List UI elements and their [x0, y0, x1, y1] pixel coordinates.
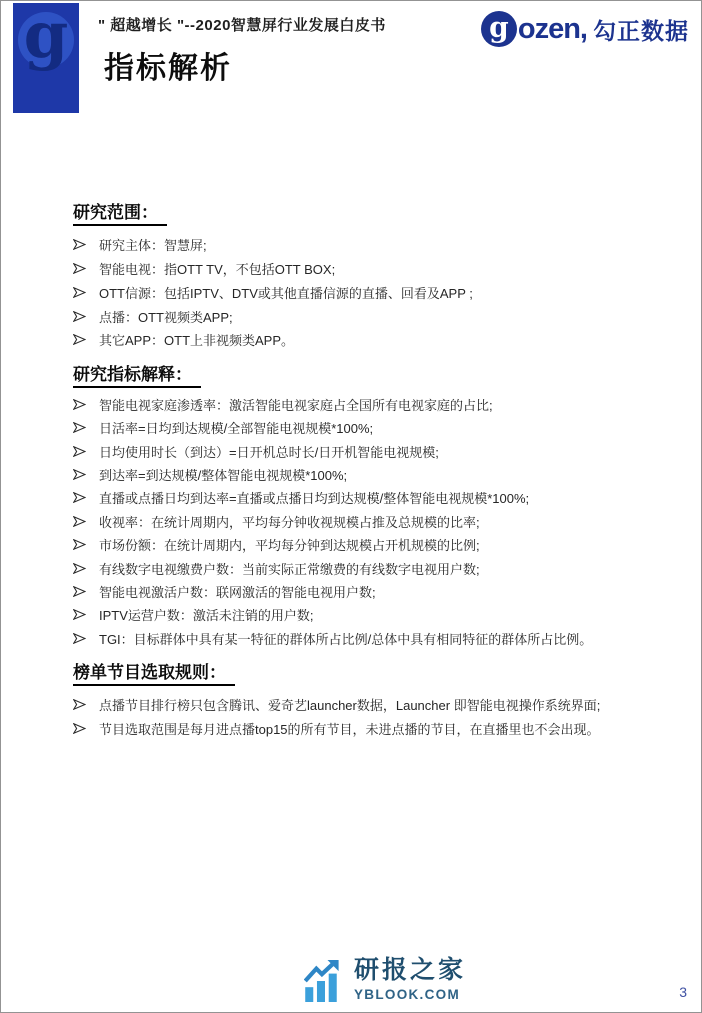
- bullet-item: 日均使用时长（到达）=日开机总时长/日开机智能电视规模;: [73, 439, 665, 462]
- bullet-item: IPTV运营户数：激活未注销的用户数;: [73, 603, 665, 626]
- arrow-bullet-icon: [73, 446, 86, 457]
- page-number: 3: [679, 984, 687, 1000]
- bullet-text: OTT信源：包括IPTV、DTV或其他直播信源的直播、回看及APP ;: [99, 283, 473, 302]
- section-heading: 研究指标解释：: [73, 364, 201, 388]
- arrow-bullet-icon: [73, 609, 86, 620]
- bullet-list: 研究主体：智慧屏;智能电视：指OTT TV，不包括OTT BOX;OTT信源：包…: [73, 233, 665, 351]
- arrow-bullet-icon: [73, 492, 86, 503]
- bullet-item: 研究主体：智慧屏;: [73, 233, 665, 257]
- bullet-text: 智能电视激活户数：联网激活的智能电视用户数;: [99, 582, 376, 601]
- arrow-bullet-icon: [73, 334, 86, 345]
- bullet-text: 日均使用时长（到达）=日开机总时长/日开机智能电视规模;: [99, 442, 439, 461]
- document-title: " 超越增长 "--2020智慧屏行业发展白皮书: [98, 14, 386, 35]
- arrow-bullet-icon: [73, 723, 86, 734]
- gozen-latin-text: ozen,: [518, 13, 587, 46]
- bullet-item: 智能电视：指OTT TV，不包括OTT BOX;: [73, 257, 665, 281]
- bullet-item: 有线数字电视缴费户数：当前实际正常缴费的有线数字电视用户数;: [73, 556, 665, 579]
- section-research-scope: 研究范围： 研究主体：智慧屏;智能电视：指OTT TV，不包括OTT BOX;O…: [73, 202, 665, 352]
- bullet-item: 智能电视激活户数：联网激活的智能电视用户数;: [73, 580, 665, 603]
- bullet-item: 智能电视家庭渗透率：激活智能电视家庭占全国所有电视家庭的占比;: [73, 393, 665, 416]
- gozen-chinese-text: 勾正数据: [593, 13, 689, 46]
- bullet-text: 直播或点播日均到达率=直播或点播日均到达规模/整体智能电视规模*100%;: [99, 488, 529, 507]
- arrow-bullet-icon: [73, 239, 86, 250]
- page-title: 指标解析: [104, 43, 232, 87]
- document-page: { "header": { "doc_title": "\" 超越增长 \"--…: [0, 0, 702, 1013]
- section-heading: 研究范围：: [73, 202, 167, 226]
- bullet-item: 收视率：在统计周期内，平均每分钟收视规模占推及总规模的比率;: [73, 510, 665, 533]
- arrow-bullet-icon: [73, 563, 86, 574]
- bullet-item: 直播或点播日均到达率=直播或点播日均到达规模/整体智能电视规模*100%;: [73, 486, 665, 509]
- arrow-bullet-icon: [73, 469, 86, 480]
- publisher-logo-disc: g: [18, 12, 74, 68]
- bullet-item: 节目选取范围是每月进点播top15的所有节目，未进点播的节目，在直播里也不会出现…: [73, 717, 665, 741]
- bullet-item: TGI：目标群体中具有某一特征的群体所占比例/总体中具有相同特征的群体所占比例。: [73, 627, 665, 650]
- bullet-text: 其它APP：OTT上非视频类APP。: [99, 330, 294, 349]
- bullet-text: 点播：OTT视频类APP;: [99, 307, 233, 326]
- bullet-text: 到达率=到达规模/整体智能电视规模*100%;: [99, 465, 347, 484]
- yblook-site-name: 研报之家: [354, 958, 466, 983]
- arrow-bullet-icon: [73, 263, 86, 274]
- publisher-logo-g-icon: g: [18, 4, 74, 68]
- arrow-bullet-icon: [73, 539, 86, 550]
- arrow-bullet-icon: [73, 287, 86, 298]
- arrow-bullet-icon: [73, 399, 86, 410]
- bullet-item: OTT信源：包括IPTV、DTV或其他直播信源的直播、回看及APP ;: [73, 280, 665, 304]
- bullet-text: 智能电视家庭渗透率：激活智能电视家庭占全国所有电视家庭的占比;: [99, 395, 493, 414]
- page-content: 研究范围： 研究主体：智慧屏;智能电视：指OTT TV，不包括OTT BOX;O…: [73, 202, 665, 752]
- arrow-bullet-icon: [73, 699, 86, 710]
- bullet-text: 点播节目排行榜只包含腾讯、爱奇艺launcher数据，Launcher 即智能电…: [99, 695, 600, 714]
- arrow-bullet-icon: [73, 311, 86, 322]
- yblook-site-url: YBLOOK.COM: [354, 987, 466, 1002]
- bullet-text: 研究主体：智慧屏;: [99, 235, 207, 254]
- arrow-bullet-icon: [73, 516, 86, 527]
- yblook-watermark: 研报之家 YBLOOK.COM: [304, 958, 466, 1007]
- bullet-text: 节目选取范围是每月进点播top15的所有节目，未进点播的节目，在直播里也不会出现…: [99, 719, 600, 738]
- bullet-item: 日活率=日均到达规模/全部智能电视规模*100%;: [73, 416, 665, 439]
- bullet-text: TGI：目标群体中具有某一特征的群体所占比例/总体中具有相同特征的群体所占比例。: [99, 629, 592, 648]
- publisher-logo: g: [13, 3, 79, 113]
- section-heading: 榜单节目选取规则：: [73, 662, 235, 686]
- bullet-text: 收视率：在统计周期内，平均每分钟收视规模占推及总规模的比率;: [99, 512, 480, 531]
- bullet-item: 到达率=到达规模/整体智能电视规模*100%;: [73, 463, 665, 486]
- bullet-list: 智能电视家庭渗透率：激活智能电视家庭占全国所有电视家庭的占比;日活率=日均到达规…: [73, 393, 665, 650]
- bullet-text: 市场份额：在统计周期内，平均每分钟到达规模占开机规模的比例;: [99, 535, 480, 554]
- bullet-text: 智能电视：指OTT TV，不包括OTT BOX;: [99, 259, 335, 278]
- bullet-text: IPTV运营户数：激活未注销的用户数;: [99, 605, 314, 624]
- bullet-item: 市场份额：在统计周期内，平均每分钟到达规模占开机规模的比例;: [73, 533, 665, 556]
- bullet-text: 日活率=日均到达规模/全部智能电视规模*100%;: [99, 418, 373, 437]
- arrow-bullet-icon: [73, 633, 86, 644]
- arrow-bullet-icon: [73, 586, 86, 597]
- bullet-item: 其它APP：OTT上非视频类APP。: [73, 328, 665, 352]
- bullet-item: 点播：OTT视频类APP;: [73, 304, 665, 328]
- bar-chart-arrow-icon: [304, 960, 346, 1007]
- bullet-item: 点播节目排行榜只包含腾讯、爱奇艺launcher数据，Launcher 即智能电…: [73, 693, 665, 717]
- bullet-text: 有线数字电视缴费户数：当前实际正常缴费的有线数字电视用户数;: [99, 559, 480, 578]
- yblook-text-block: 研报之家 YBLOOK.COM: [354, 958, 466, 1002]
- section-ranking-rules: 榜单节目选取规则： 点播节目排行榜只包含腾讯、爱奇艺launcher数据，Lau…: [73, 662, 665, 740]
- bullet-list: 点播节目排行榜只包含腾讯、爱奇艺launcher数据，Launcher 即智能电…: [73, 693, 665, 740]
- arrow-bullet-icon: [73, 422, 86, 433]
- gozen-g-icon: g: [481, 11, 517, 47]
- gozen-brand-logo: g ozen, 勾正数据: [481, 11, 689, 47]
- section-metric-definitions: 研究指标解释： 智能电视家庭渗透率：激活智能电视家庭占全国所有电视家庭的占比;日…: [73, 364, 665, 650]
